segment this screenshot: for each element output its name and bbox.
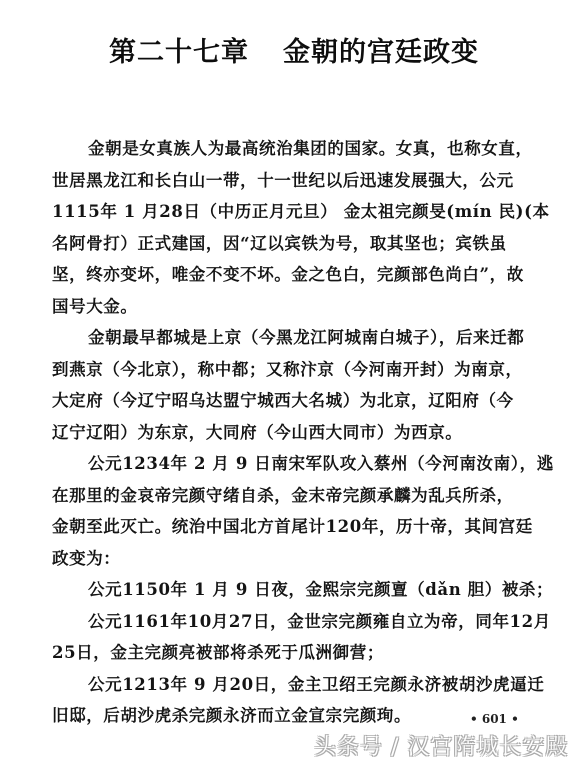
text-line: 1115年 1 月28日（中历正月元旦） 金太祖完颜旻(mín 民)(本 [52,196,552,228]
text-line: 国号大金。 [52,291,552,323]
text-line: 金朝最早都城是上京（今黑龙江阿城南白城子），后来迁都 [52,322,552,354]
text-line: 大定府（今辽宁昭乌达盟宁城西大名城）为北京，辽阳府（今 [52,385,552,417]
text-line: 25日，金主完颜亮被部将杀死于瓜洲御营； [52,637,552,669]
chapter-title: 第二十七章金朝的宫廷政变 [0,30,588,69]
text-line: 辽宁辽阳）为东京，大同府（今山西大同市）为西京。 [52,417,552,449]
text-line: 到燕京（今北京），称中都；又称汴京（今河南开封）为南京， [52,354,552,386]
text-line: 公元1161年10月27日，金世宗完颜雍自立为帝，同年12月 [52,606,552,638]
text-line: 公元1150年 1 月 9 日夜，金熙宗完颜亶（dǎn 胆）被杀； [52,574,552,606]
text-line: 金朝至此灭亡。统治中国北方首尾计120年，历十帝，其间宫廷 [52,511,552,543]
chapter-name: 金朝的宫廷政变 [283,37,479,68]
page-number: • 601 • [470,712,519,726]
text-line: 坚，终亦变坏，唯金不变不坏。金之色白，完颜部色尚白”，故 [52,259,552,291]
text-line: 名阿骨打）正式建国，因“辽以宾铁为号，取其坚也；宾铁虽 [52,228,552,260]
text-line: 金朝是女真族人为最高统治集团的国家。女真，也称女直， [52,133,552,165]
chapter-body: 金朝是女真族人为最高统治集团的国家。女真，也称女直， 世居黑龙江和长白山一带，十… [52,133,552,732]
chapter-number: 第二十七章 [109,37,249,68]
watermark: 头条号 / 汉宫隋城长安殿 [314,730,568,761]
text-line: 公元1213年 9 月20日，金主卫绍王完颜永济被胡沙虎逼迁 [52,669,552,701]
text-line: 在那里的金哀帝完颜守绪自杀，金末帝完颜承麟为乱兵所杀， [52,480,552,512]
text-line: 公元1234年 2 月 9 日南宋军队攻入蔡州（今河南汝南），逃 [52,448,552,480]
text-line: 政变为： [52,543,552,575]
text-line: 世居黑龙江和长白山一带，十一世纪以后迅速发展强大，公元 [52,165,552,197]
